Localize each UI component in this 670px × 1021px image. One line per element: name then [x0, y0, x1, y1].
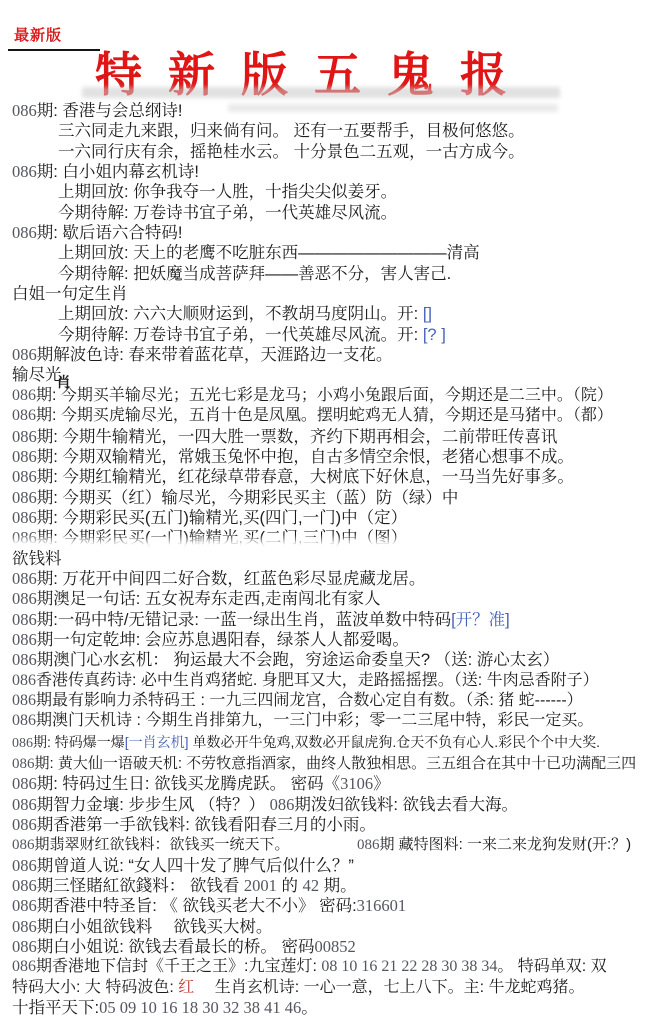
text-segment: 单数必开牛兔鸡,双数必开鼠虎狗.仓天不负有心人.彩民个个中大奖.: [189, 734, 600, 750]
text-segment: 期: 特码爆一爆: [33, 734, 125, 750]
text-segment: 期: 今期买羊输尽光；五光七彩是龙马；小鸡小兔跟后面，今期还是二三中。（院）: [36, 387, 613, 404]
text-segment: 肖: [57, 372, 71, 392]
text-segment: 086: [12, 162, 37, 181]
text-line: 086期三怪賭紅欲錢料： 欲钱看 2001 的 42 期。: [12, 876, 666, 896]
edition-underline: [8, 49, 100, 51]
text-segment: 期智力金壤: 步步生风 （特？）: [37, 796, 270, 814]
text-segment: [开？准]: [451, 611, 510, 629]
text-line: 086期:一码中特/无错记录: 一蓝一绿出生肖，蓝波单数中特码[开？准]: [12, 610, 666, 630]
text-line: 今期待解: 万卷诗书宜子弟，一代英雄尽风流。开: [? ]: [12, 325, 666, 345]
text-segment: 期曾道人说: “女人四十发了脾气后似什么？”: [37, 857, 354, 875]
text-segment: 086: [12, 569, 37, 588]
text-line: 086期香港地下信封《千王之王》:九宝莲灯: 08 10 16 21 22 28…: [12, 957, 666, 977]
text-line: 086期白小姐说: 欲钱去看最长的桥。 密码00852: [12, 937, 666, 957]
text-segment: 期白小姐欲钱料 欲钱买大树。: [37, 918, 273, 936]
text-line: 086期: 今期红输精光，红花绿草带春意，大树底下好休息，一马当先好事多。: [12, 467, 666, 487]
blurred-text-strip: [82, 87, 560, 98]
text-segment: 086: [12, 736, 33, 751]
text-segment: 期 藏特图料: 一来二来龙狗发财(开:？): [380, 836, 632, 853]
text-line: 086期: 今期牛输精光，一四大胜一票数，齐约下期再相会，二前带旺传喜讯: [12, 427, 666, 447]
text-segment: 086: [12, 387, 36, 404]
text-segment: 期泼妇欲钱料: 欲钱去看大海。: [294, 796, 518, 814]
text-segment: 086: [12, 650, 37, 669]
text-segment: 期澳门心水玄机： 狗运最大不会跑，穷途运命委皇天? （送: 游心太玄）: [37, 651, 560, 669]
text-line: 三六同走九来跟，归来倘有问。 还有一五要帮手，目极何悠悠。: [12, 121, 666, 141]
text-segment: 白姐一句定生肖: [12, 285, 128, 303]
text-segment: 3106: [340, 774, 373, 793]
text-segment: 期: 今期红输精光，红花绿草带春意，大树底下好休息，一马当先好事多。: [37, 468, 574, 486]
text-segment: 086: [12, 630, 37, 649]
text-segment: 086: [12, 856, 37, 875]
text-line: 上期回放: 你争我夺一人胜，十指尖尖似姜牙。: [12, 182, 666, 202]
text-segment: 086: [12, 528, 37, 547]
text-segment: 期: 歇后语六合特码!: [37, 224, 183, 242]
text-segment: 今期待解: 把妖魔当成菩萨拜——善恶不分，害人害己.: [58, 265, 451, 283]
text-segment: 086: [12, 672, 36, 689]
text-segment: 输尽光: [12, 366, 62, 384]
text-segment: 期。: [319, 877, 357, 895]
text-segment: 期: 特码过生日: 欲钱买龙腾虎跃。 密码《: [37, 775, 340, 793]
text-line: 086期澳足一句话: 五女祝寿东走西,走南闯北有家人: [12, 589, 666, 609]
text-segment: 期: 黄大仙一语破天机: 不劳牧意指酒家，曲终人散独相思。三五组合在其中十已功满…: [35, 755, 637, 772]
text-line: 086期: 歇后语六合特码!: [12, 223, 666, 243]
text-segment: 086: [12, 345, 37, 364]
text-line: 086期: 今期彩民买(五门)输精光,买(四门,一门)中（定）: [12, 508, 666, 528]
text-segment: 086: [12, 756, 35, 772]
text-segment: 。 特码单双: 双: [497, 958, 606, 975]
edition-label: 最新版: [14, 24, 62, 45]
text-line: 今期待解: 把妖魔当成菩萨拜——善恶不分，害人害己.: [12, 264, 666, 284]
text-segment: 2001: [244, 876, 277, 895]
text-segment: 086: [270, 795, 295, 814]
text-segment: 三六同走九来跟，归来倘有问。 还有一五要帮手，目极何悠悠。: [58, 122, 525, 140]
text-line: 086期曾道人说: “女人四十发了脾气后似什么？”: [12, 856, 666, 876]
text-line: 086期香港中特圣旨: 《 欲钱买老大不小》 密码:316601: [12, 896, 666, 916]
text-segment: 086: [12, 223, 37, 242]
text-segment: 086: [12, 795, 37, 814]
text-segment: 086: [12, 917, 37, 936]
text-line: 086期: 白小姐内幕玄机诗!: [12, 162, 666, 182]
text-segment: 生肖玄机诗: 一心一意，七上八下。主: 牛龙蛇鸡猪。: [194, 979, 584, 996]
text-line: 086期: 今期彩民买(一门)输精光,买(二门,三门)中（图）: [12, 528, 666, 548]
text-segment: 上期回放: 天上的老鹰不吃脏东西—————————清高: [58, 244, 480, 262]
text-segment: 十指平天下:: [12, 999, 99, 1017]
text-segment: 086: [12, 774, 37, 793]
text-segment: [? ]: [423, 326, 446, 344]
text-segment: 期一句定乾坤: 会应苏息遇阳春，绿茶人人都爱喝。: [37, 631, 409, 649]
text-segment: 期最有影响力杀特码王 : 一九三四闹龙宫，合数心定自有数。（杀: 猪 蛇----…: [36, 692, 583, 709]
text-segment: 的: [277, 877, 303, 895]
text-line: 086期一句定乾坤: 会应苏息遇阳春，绿茶人人都爱喝。: [12, 630, 666, 650]
text-segment: 316601: [357, 896, 407, 915]
text-segment: 086: [12, 896, 37, 915]
text-segment: 上期回放: 六六大顺财运到，不教胡马度阴山。开:: [58, 305, 423, 323]
text-segment: 086: [357, 837, 380, 853]
text-segment: 08 10 16 21 22 28 30 38 34: [321, 958, 497, 975]
text-line: 今期待解: 万卷诗书宜子弟，一代英雄尽风流。: [12, 203, 666, 223]
text-segment: [一肖玄机]: [125, 734, 189, 750]
text-segment: 期:一码中特/无错记录: 一蓝一绿出生肖，蓝波单数中特码: [37, 611, 451, 629]
text-segment: 086: [12, 876, 37, 895]
text-segment: 086: [12, 958, 36, 975]
text-line: 欲钱料: [12, 549, 666, 569]
text-line: 086期澳门心水玄机： 狗运最大不会跑，穷途运命委皇天? （送: 游心太玄）: [12, 650, 666, 670]
text-segment: 期: 今期牛输精光，一四大胜一票数，齐约下期再相会，二前带旺传喜讯: [37, 428, 558, 446]
text-line: 086期澳门天机诗 : 今期生肖排第九，一三门中彩；零一二三尾中特，彩民一定买。: [12, 711, 666, 731]
text-segment: 期解波色诗: 春来带着蓝花草，天涯路边一支花。: [37, 346, 393, 364]
text-line: 086期: 今期买羊输尽光；五光七彩是龙马；小鸡小兔跟后面，今期还是二三中。（院…: [12, 386, 666, 406]
text-line: 086期翡翠财红欲钱料：欲钱买一统天下。 086期 藏特图料: 一来二来龙狗发财…: [12, 835, 666, 855]
text-segment: 香港传真药诗: 必中生肖鸡猪蛇. 身肥耳又大，走路摇摇摆。（送: 牛肉忌香附子）: [36, 672, 599, 689]
text-line: 086期: 万花开中间四二好合数，红蓝色彩尽显虎藏龙居。: [12, 569, 666, 589]
text-segment: 086: [12, 937, 37, 956]
text-segment: 086: [12, 589, 37, 608]
text-segment: 》: [373, 775, 390, 793]
text-line: 十指平天下:05 09 10 16 18 30 32 38 41 46。: [12, 998, 666, 1018]
text-segment: 42: [303, 876, 320, 895]
text-line: 白姐一句定生肖: [12, 284, 666, 304]
text-segment: 086: [12, 815, 37, 834]
text-segment: 期香港第一手欲钱料: 欲钱看阳春三月的小雨。: [37, 816, 376, 834]
text-segment: 。: [301, 999, 318, 1017]
text-segment: 期澳足一句话: 五女祝寿东走西,走南闯北有家人: [37, 590, 381, 608]
text-segment: 086: [12, 427, 37, 446]
text-line: 086期: 香港与会总纲诗!: [12, 101, 666, 121]
text-line: 086期: 特码过生日: 欲钱买龙腾虎跃。 密码《3106》: [12, 774, 666, 794]
text-segment: 086: [12, 488, 37, 507]
text-segment: 红: [178, 979, 194, 996]
text-segment: 086: [12, 712, 36, 729]
text-segment: 05 09 10 16 18 30 32 38 41 46: [99, 998, 301, 1017]
text-segment: 00852: [315, 937, 356, 956]
text-line: 086期: 今期买（红）输尽光，今期彩民买主（蓝）防（绿）中: [12, 488, 666, 508]
text-line: 086期白小姐欲钱料 欲钱买大树。: [12, 917, 666, 937]
text-line: 上期回放: 六六大顺财运到，不教胡马度阴山。开: []: [12, 304, 666, 324]
text-line: 输尽光肖: [12, 365, 666, 385]
text-segment: 086: [12, 447, 37, 466]
text-segment: 期: 香港与会总纲诗!: [37, 102, 183, 120]
text-line: 086期: 今期买虎输尽光，五肖十色是凤凰。摆明蛇鸡无人猜，今期还是马猪中。（都…: [12, 406, 666, 426]
text-segment: 期香港中特圣旨: 《 欲钱买老大不小》 密码:: [37, 897, 357, 915]
text-segment: 086: [12, 610, 37, 629]
text-segment: 期: 今期彩民买(五门)输精光,买(四门,一门)中（定）: [37, 509, 407, 527]
text-line: 086期智力金壤: 步步生风 （特？） 086期泼妇欲钱料: 欲钱去看大海。: [12, 795, 666, 815]
body-lines: 086期: 香港与会总纲诗!三六同走九来跟，归来倘有问。 还有一五要帮手，目极何…: [12, 101, 666, 1018]
text-segment: 086: [12, 467, 37, 486]
text-line: 上期回放: 天上的老鹰不吃脏东西—————————清高: [12, 243, 666, 263]
text-segment: 期: 今期双输精光，常娥玉兔怀中抱，自古多情空余恨，老猪心想事不成。: [37, 448, 574, 466]
text-segment: 今期待解: 万卷诗书宜子弟，一代英雄尽风流。: [58, 204, 397, 222]
text-line: 086期: 黄大仙一语破天机: 不劳牧意指酒家，曲终人散独相思。三五组合在其中十…: [12, 754, 666, 774]
text-segment: 期: 今期彩民买(一门)输精光,买(二门,三门)中（图）: [37, 529, 407, 547]
text-segment: 期: 万花开中间四二好合数，红蓝色彩尽显虎藏龙居。: [37, 570, 426, 588]
text-line: 086期: 今期双输精光，常娥玉兔怀中抱，自古多情空余恨，老猪心想事不成。: [12, 447, 666, 467]
text-line: 一六同行庆有余，摇艳桂水云。 十分景色二五观，一古方成今。: [12, 142, 666, 162]
text-segment: 一六同行庆有余，摇艳桂水云。 十分景色二五观，一古方成今。: [58, 143, 525, 161]
text-segment: 期: 白小姐内幕玄机诗!: [37, 163, 199, 181]
text-segment: 086: [12, 837, 35, 853]
text-segment: 期: 今期买（红）输尽光，今期彩民买主（蓝）防（绿）中: [37, 489, 459, 507]
text-segment: 086: [12, 508, 37, 527]
text-segment: 086: [12, 692, 36, 709]
page: 最新版 特新版五鬼报 086期: 香港与会总纲诗!三六同走九来跟，归来倘有问。 …: [0, 0, 670, 1021]
text-segment: 086: [12, 101, 37, 120]
text-segment: 期: 今期买虎输尽光，五肖十色是凤凰。摆明蛇鸡无人猜，今期还是马猪中。（都）: [36, 407, 613, 424]
text-line: 特码大小: 大 特码波色: 红 生肖玄机诗: 一心一意，七上八下。主: 牛龙蛇鸡…: [12, 978, 666, 998]
text-segment: 上期回放: 你争我夺一人胜，十指尖尖似姜牙。: [58, 183, 397, 201]
text-segment: 今期待解: 万卷诗书宜子弟，一代英雄尽风流。开:: [58, 326, 423, 344]
text-line: 086香港传真药诗: 必中生肖鸡猪蛇. 身肥耳又大，走路摇摇摆。（送: 牛肉忌香…: [12, 671, 666, 691]
text-segment: 欲钱料: [12, 550, 62, 568]
text-segment: 期三怪賭紅欲錢料： 欲钱看: [37, 877, 244, 895]
text-segment: 期白小姐说: 欲钱去看最长的桥。 密码: [37, 938, 315, 956]
text-segment: []: [423, 305, 432, 323]
text-segment: 期翡翠财红欲钱料：欲钱买一统天下。: [35, 836, 358, 853]
text-segment: 期澳门天机诗 : 今期生肖排第九，一三门中彩；零一二三尾中特，彩民一定买。: [36, 712, 593, 729]
text-line: 086期解波色诗: 春来带着蓝花草，天涯路边一支花。: [12, 345, 666, 365]
text-line: 086期香港第一手欲钱料: 欲钱看阳春三月的小雨。: [12, 815, 666, 835]
text-segment: 期香港地下信封《千王之王》:九宝莲灯:: [36, 958, 321, 975]
text-segment: 086: [12, 407, 36, 424]
text-line: 086期: 特码爆一爆[一肖玄机] 单数必开牛兔鸡,双数必开鼠虎狗.仓天不负有心…: [12, 732, 666, 754]
text-segment: 特码大小: 大 特码波色:: [12, 979, 178, 996]
text-line: 086期最有影响力杀特码王 : 一九三四闹龙宫，合数心定自有数。（杀: 猪 蛇-…: [12, 691, 666, 711]
